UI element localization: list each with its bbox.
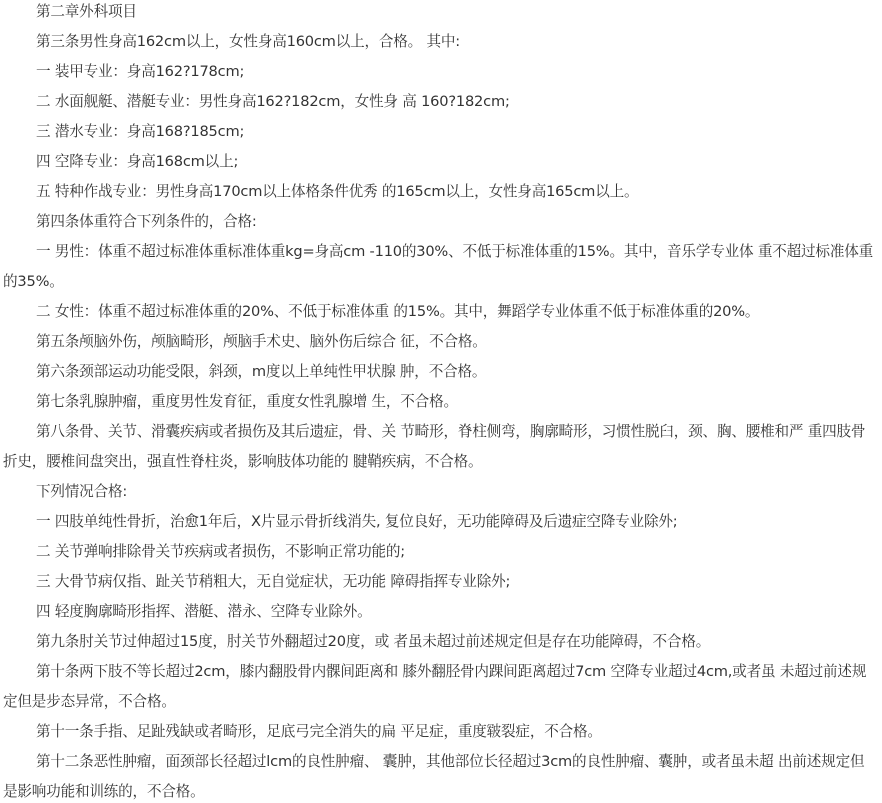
- item-diving: 三 潜水专业：身高168?185cm;: [3, 117, 876, 147]
- qualified-item-4: 四 轻度胸廓畸形指挥、潜艇、潜永、空降专业除外。: [3, 597, 876, 627]
- qualified-item-3: 三 大骨节病仅指、趾关节稍粗大，无自觉症状，无功能 障碍指挥专业除外;: [3, 567, 876, 597]
- item-navy: 二 水面舰艇、潜艇专业：男性身高162?182cm，女性身 高 160?182c…: [3, 87, 876, 117]
- article-5: 第五条颅脑外伤，颅脑畸形，颅脑手术史、脑外伤后综合 征，不合格。: [3, 327, 876, 357]
- article-3-height: 第三条男性身高162cm以上，女性身高160cm以上，合格。 其中:: [3, 27, 876, 57]
- document-body: 第二章外科项目 第三条男性身高162cm以上，女性身高160cm以上，合格。 其…: [0, 0, 882, 803]
- item-female-weight: 二 女性：体重不超过标准体重的20%、不低于标准体重 的15%。其中，舞蹈学专业…: [3, 297, 876, 327]
- article-6: 第六条颈部运动功能受限，斜颈，m度以上单纯性甲状腺 肿，不合格。: [3, 357, 876, 387]
- article-9: 第九条肘关节过伸超过15度，肘关节外翻超过20度，或 者虽未超过前述规定但是存在…: [3, 627, 876, 657]
- article-11: 第十一条手指、足趾残缺或者畸形，足底弓完全消失的扁 平足症，重度皲裂症，不合格。: [3, 717, 876, 747]
- item-special-ops: 五 特种作战专业：男性身高170cm以上体格条件优秀 的165cm以上，女性身高…: [3, 177, 876, 207]
- article-7: 第七条乳腺肿瘤，重度男性发育征，重度女性乳腺增 生，不合格。: [3, 387, 876, 417]
- article-10: 第十条两下肢不等长超过2cm，膝内翻股骨内髁间距离和 膝外翻胫骨内踝间距离超过7…: [3, 657, 876, 717]
- item-airborne: 四 空降专业：身高168cm以上;: [3, 147, 876, 177]
- article-8: 第八条骨、关节、滑囊疾病或者损伤及其后遗症，骨、关 节畸形，脊柱侧弯，胸廓畸形，…: [3, 417, 876, 477]
- article-4-weight: 第四条体重符合下列条件的，合格:: [3, 207, 876, 237]
- chapter-heading: 第二章外科项目: [3, 0, 876, 27]
- qualified-item-1: 一 四肢单纯性骨折，治愈1年后，X片显示骨折线消失, 复位良好，无功能障碍及后遗…: [3, 507, 876, 537]
- item-male-weight: 一 男性：体重不超过标准体重标准体重kg=身高cm -110的30%、不低于标准…: [3, 237, 876, 297]
- qualified-item-2: 二 关节弹响排除骨关节疾病或者损伤，不影响正常功能的;: [3, 537, 876, 567]
- qualified-heading: 下列情况合格:: [3, 477, 876, 507]
- article-12: 第十二条恶性肿瘤，面颈部长径超过lcm的良性肿瘤、 囊肿，其他部位长径超过3cm…: [3, 747, 876, 803]
- item-armor: 一 装甲专业：身高162?178cm;: [3, 57, 876, 87]
